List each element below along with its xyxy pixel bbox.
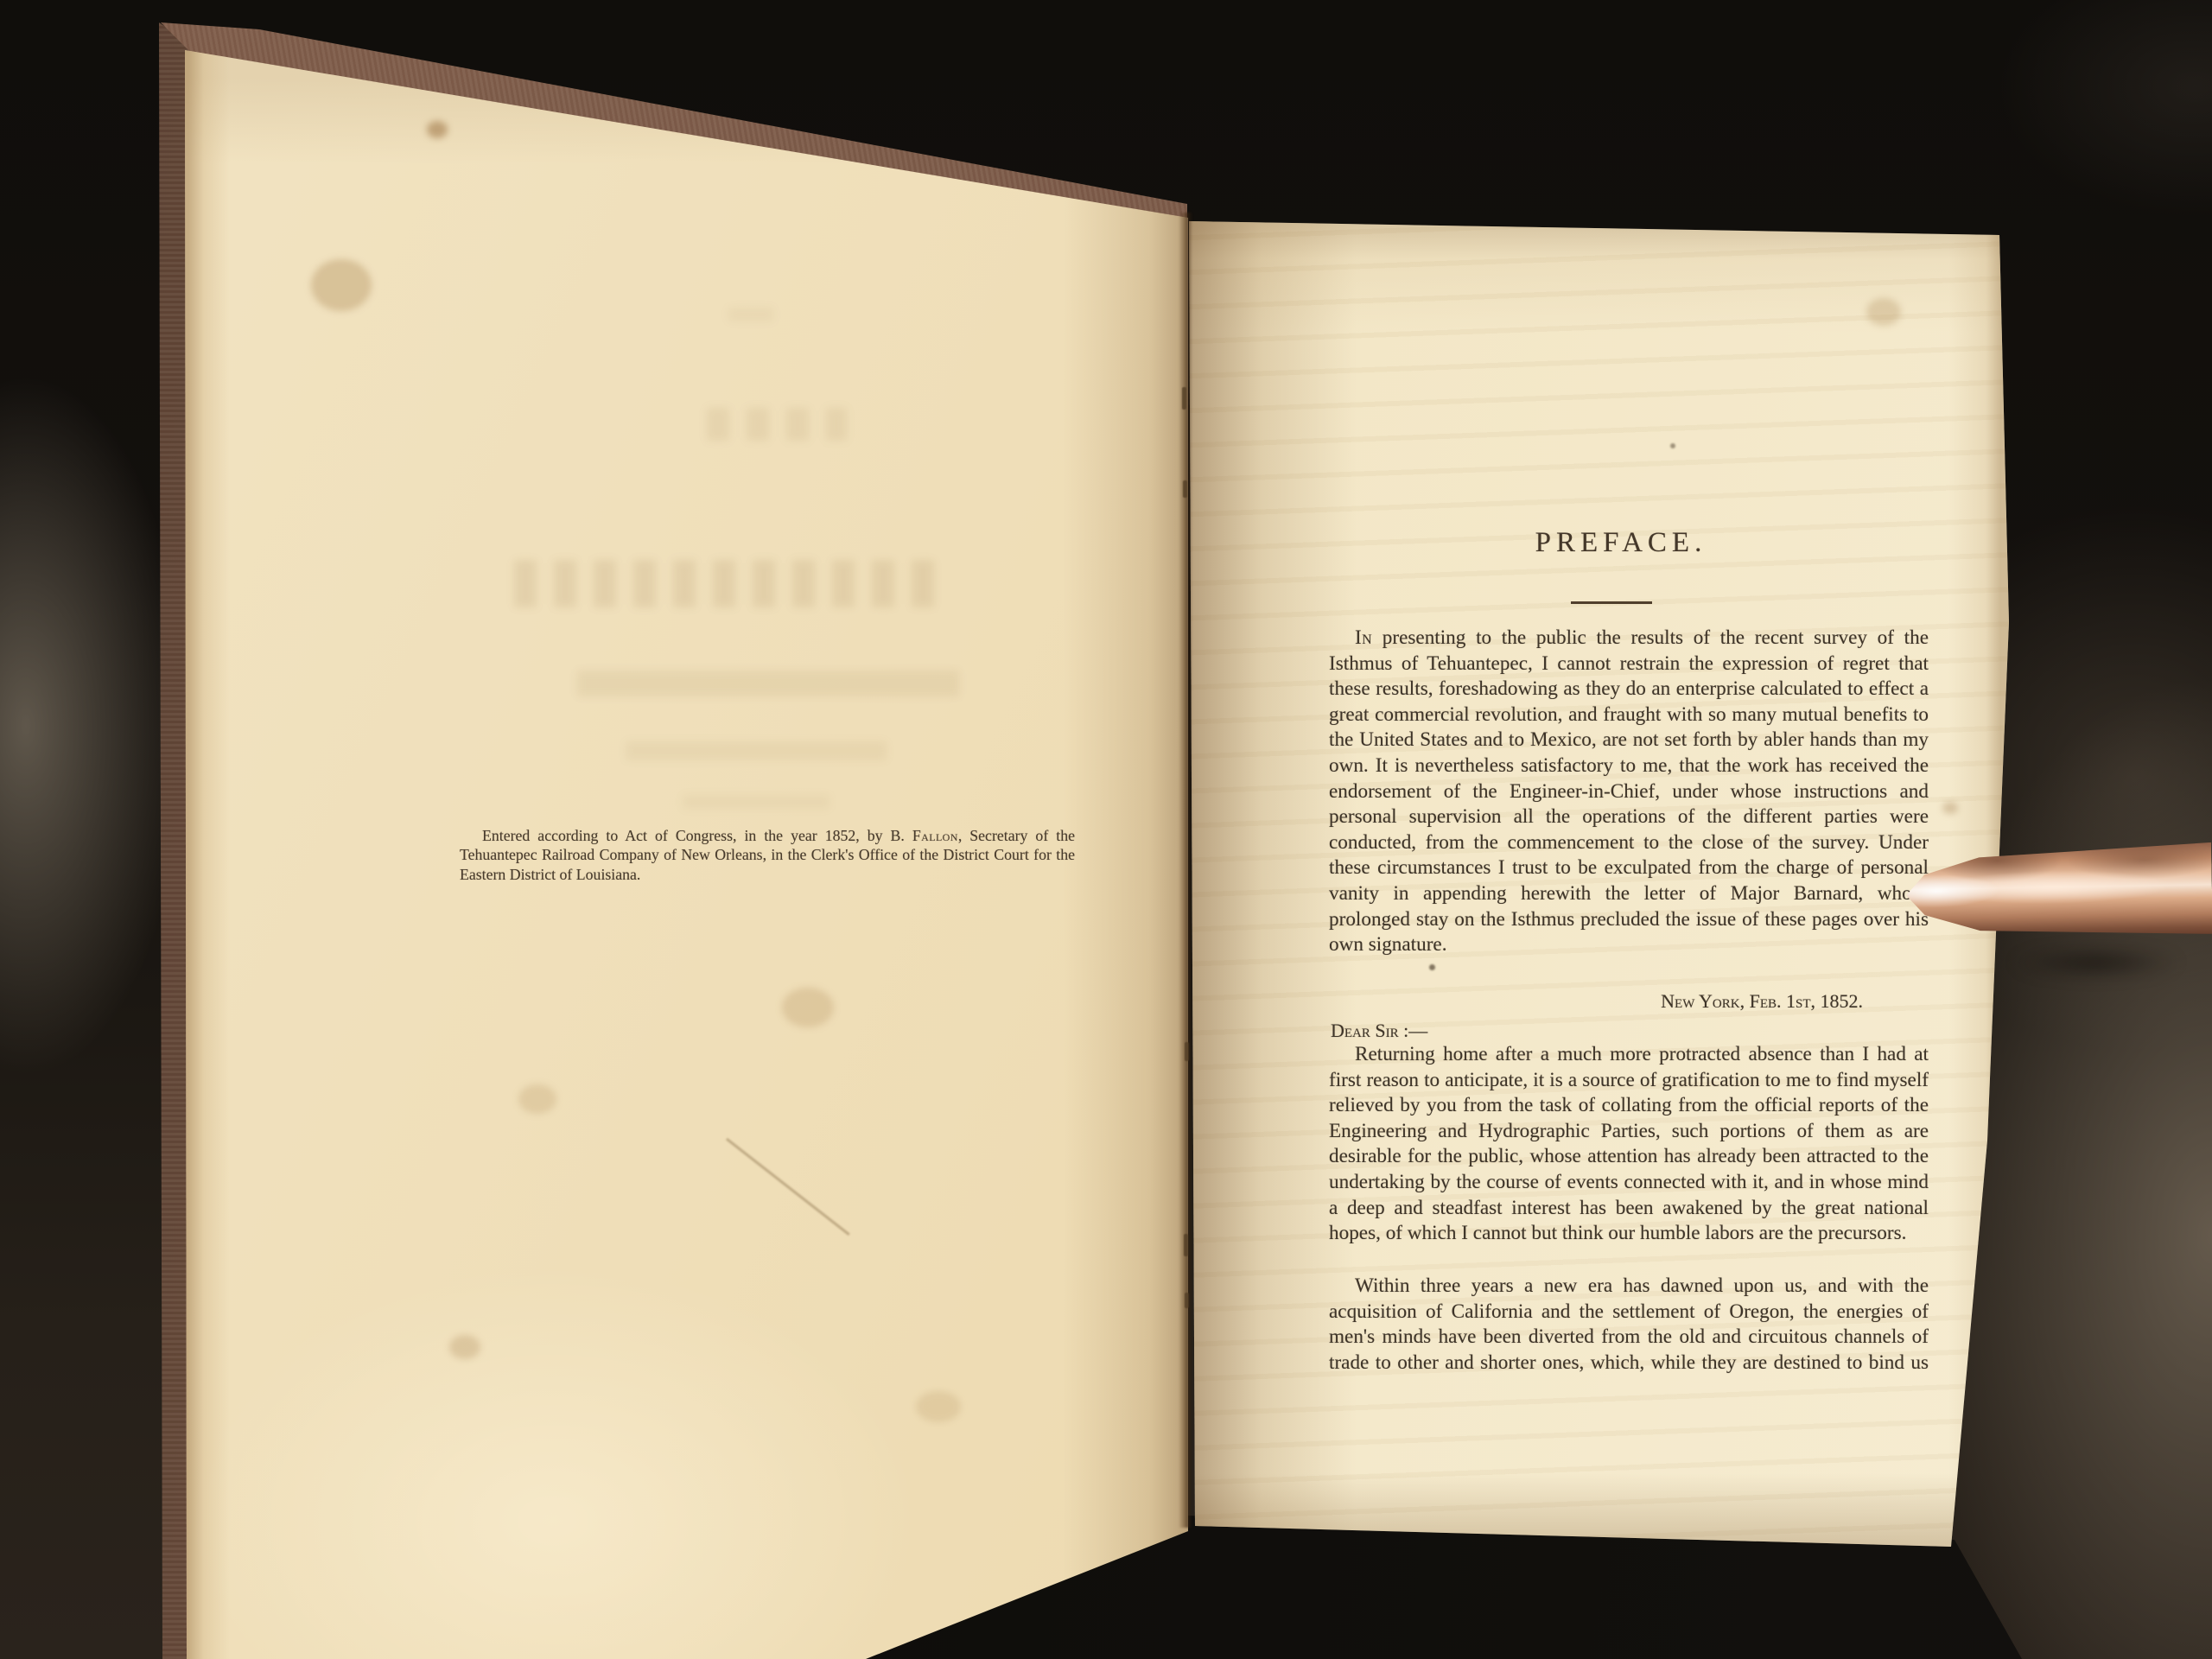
show-through-text (683, 795, 829, 809)
foxing-spot (916, 1391, 961, 1422)
binding-stitch (1182, 387, 1186, 410)
page-scratch (726, 1138, 849, 1236)
salutation: Dear Sir :— (1331, 1020, 1427, 1042)
lead-word: In (1355, 626, 1372, 649)
binding-stitch (1184, 1234, 1188, 1256)
foxing-spot (1942, 802, 1958, 814)
show-through-text (728, 308, 773, 321)
binding-stitch (1185, 1293, 1189, 1308)
binding-stitch (1185, 1042, 1189, 1061)
binding-stitch (1183, 480, 1187, 498)
show-through-text (707, 408, 847, 441)
heading-rule (1571, 601, 1652, 604)
preface-paragraph: In presenting to the public the results … (1329, 626, 1929, 958)
preface-paragraph-text: presenting to the public the results of … (1329, 626, 1929, 956)
dateline: New York, Feb. 1st, 1852. (1329, 990, 1929, 1013)
copyright-text-pre: Entered according to Act of Congress, in… (482, 827, 912, 844)
foxing-spot (1866, 298, 1901, 326)
foxing-spot (518, 1084, 556, 1114)
foxing-spot (311, 259, 372, 311)
foxing-spot (449, 1335, 480, 1359)
letter-paragraph-1: Returning home after a much more protrac… (1329, 1042, 1929, 1247)
pen-shadow (1979, 942, 2212, 983)
ink-speck (1670, 443, 1675, 448)
foxing-spot (427, 121, 448, 138)
preface-heading: PREFACE. (1329, 527, 1913, 559)
letter-paragraph-2: Within three years a new era has dawned … (1329, 1274, 1929, 1376)
copyright-notice: Entered according to Act of Congress, in… (460, 826, 1075, 885)
show-through-text (514, 560, 936, 607)
copyright-name: Fallon (912, 827, 958, 844)
book-gutter (1179, 213, 1192, 1528)
show-through-text (577, 671, 959, 696)
foxing-spot (782, 988, 834, 1027)
ink-speck (1429, 964, 1435, 970)
show-through-text (626, 741, 887, 760)
book-photograph: Entered according to Act of Congress, in… (0, 0, 2212, 1659)
